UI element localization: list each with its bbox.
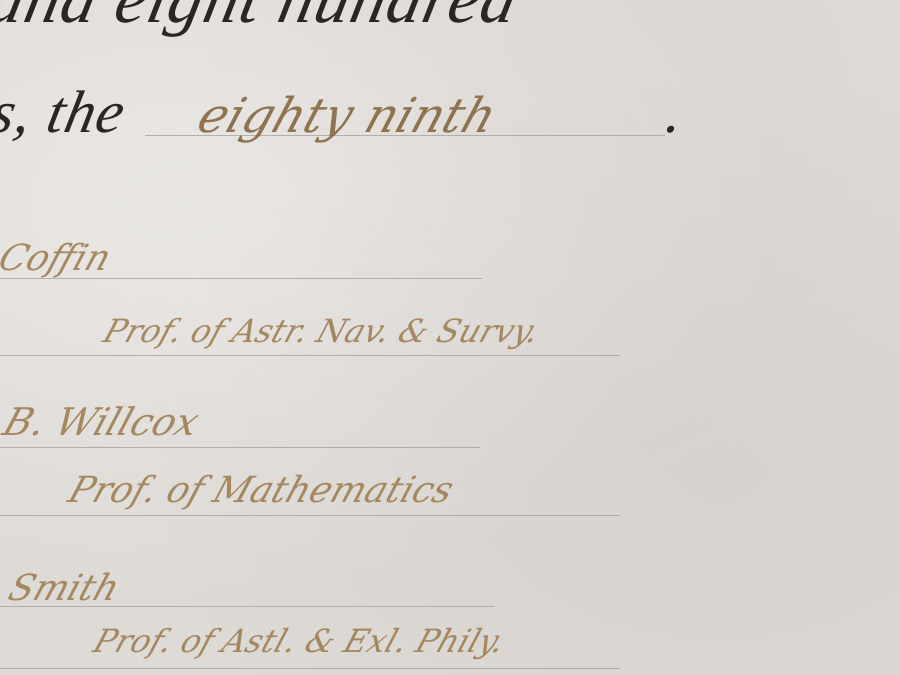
- rule-line: [0, 515, 620, 516]
- signature-name: Coffin: [0, 238, 116, 279]
- rule-line: [0, 355, 620, 356]
- signature-title: Prof. of Astr. Nav. & Survy.: [99, 312, 545, 350]
- printed-text-top: and eight hundred: [0, 0, 526, 40]
- signature-name: B. Willcox: [0, 400, 205, 444]
- rule-line: [0, 668, 620, 669]
- handwritten-year: eighty ninth: [191, 88, 504, 144]
- printed-period: .: [661, 78, 692, 147]
- signature-title: Prof. of Astl. & Exl. Phily.: [89, 622, 510, 660]
- rule-line: [0, 278, 482, 279]
- rule-line: [0, 606, 495, 607]
- printed-text-the: s, the: [0, 78, 132, 147]
- signature-title: Prof. of Mathematics: [63, 470, 458, 511]
- signature-name: Smith: [3, 568, 124, 609]
- rule-line: [0, 447, 480, 448]
